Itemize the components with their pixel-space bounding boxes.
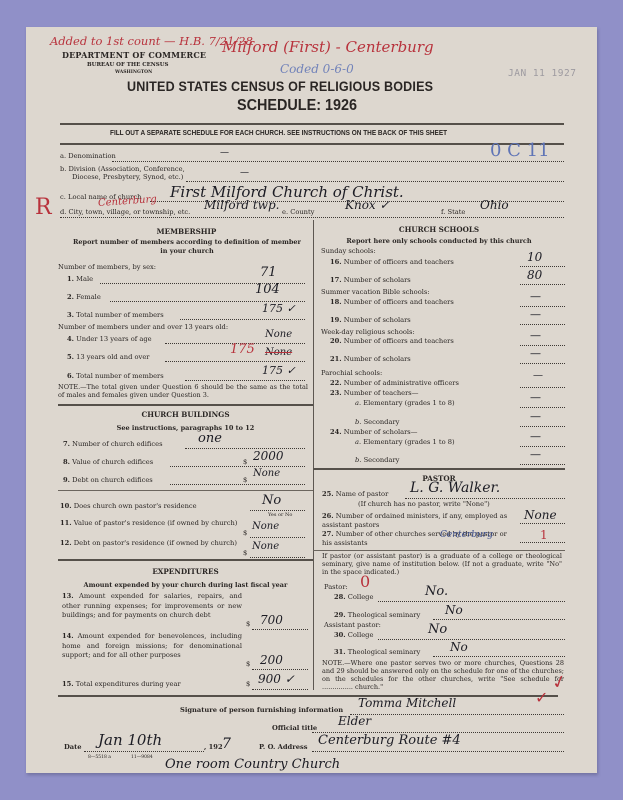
q9-dollar: $ [243, 476, 247, 484]
buildings-rule [58, 559, 313, 561]
schools-rule [313, 468, 565, 470]
q1-label: 1. Male [67, 275, 93, 283]
q26-line [520, 523, 565, 524]
q10-value: No [262, 493, 281, 508]
date-value: Jan 10th [98, 731, 162, 749]
q28-value: No. [425, 584, 448, 599]
expenditures-rule [58, 695, 558, 697]
q6-value: 175 ✓ [262, 364, 296, 377]
schools-heading: CHURCH SCHOOLS [313, 225, 565, 234]
year-suffix: 7 [222, 736, 231, 752]
q13-line [252, 629, 308, 630]
q5-label: 5. 13 years old and over [67, 353, 149, 361]
q25-label: 25. Name of pastor [322, 490, 388, 498]
po-address-value: Centerburg Route #4 [318, 733, 461, 748]
q4-value: None [265, 329, 292, 340]
state-label: f. State [441, 208, 465, 216]
q21-line [520, 363, 565, 364]
denomination-line [112, 161, 564, 162]
q21-value: — [530, 347, 541, 360]
q8-label: 8. Value of church edifices [63, 458, 153, 466]
q3-label: 3. Total number of members [67, 311, 164, 319]
q18-label: 18. Number of officers and teachers [330, 298, 454, 306]
received-date-stamp: JAN 11 1927 [508, 68, 576, 79]
bureau-name: BUREAU OF THE CENSUS [87, 62, 169, 68]
q24b-line [520, 464, 565, 465]
q15-label: 15. Total expenditures during year [62, 680, 181, 688]
q13-value: 700 [260, 613, 283, 627]
q5-correction: 175 [230, 342, 255, 357]
city-name: WASHINGTON [115, 70, 152, 75]
q24a-value: — [530, 430, 541, 443]
pastor-note: NOTE.—Where one pastor serves two or mor… [322, 659, 564, 691]
q19-value: — [530, 308, 541, 321]
q17-value: 80 [527, 268, 542, 282]
q28-label: 28. College [334, 593, 373, 601]
footer-note: One room Country Church [165, 757, 340, 772]
q12-dollar: $ [243, 549, 247, 557]
q25-line [405, 498, 565, 499]
q13-dollar: $ [246, 620, 250, 628]
q29-value: No [445, 603, 463, 617]
division-value: — [240, 168, 249, 178]
q27-line [520, 542, 565, 543]
denomination-code: 0 C 11 [490, 140, 550, 161]
city-line [60, 217, 564, 218]
q27-annotation: Centerburg [440, 530, 493, 540]
q8-dollar: $ [243, 458, 247, 466]
q23a-label: a. Elementary (grades 1 to 8) [355, 399, 455, 407]
q8-line [170, 466, 305, 467]
sunday-schools-label: Sunday schools: [321, 247, 376, 255]
buildings-heading: CHURCH BUILDINGS [58, 410, 313, 419]
q29-label: 29. Theological seminary [334, 611, 420, 619]
q23a-value: — [530, 391, 541, 404]
q11-line [250, 537, 305, 538]
year-prefix: , 192 [204, 743, 223, 751]
date-label: Date [64, 743, 81, 751]
header-rule-bottom [60, 143, 564, 145]
q9-value: None [253, 468, 280, 479]
instructions-banner: FILL OUT A SEPARATE SCHEDULE FOR EACH CH… [110, 128, 447, 137]
expenditures-heading: EXPENDITURES [58, 567, 313, 576]
graduate-instructions: If pastor (or assistant pastor) is a gra… [322, 552, 562, 576]
q27-value: 1 [540, 528, 548, 542]
q15-line [252, 689, 308, 690]
q24a-label: a. Elementary (grades 1 to 8) [355, 438, 455, 446]
q17-line [520, 284, 565, 285]
q8-value: 2000 [253, 449, 284, 463]
church-location-title-note: Milford (First) - Centerburg [222, 38, 434, 56]
date-line [84, 751, 204, 752]
q26-value: None [524, 508, 557, 522]
q10-hint: Yes or No [268, 512, 292, 518]
weekday-schools-label: Week-day religious schools: [321, 328, 415, 336]
q30-line [378, 639, 565, 640]
q4-label: 4. Under 13 years of age [67, 335, 152, 343]
q9-label: 9. Debt on church edifices [63, 476, 153, 484]
q2-value: 104 [255, 282, 280, 297]
q20-value: — [530, 329, 541, 342]
q10-line [250, 510, 305, 511]
q14-line [252, 669, 308, 670]
q2-label: 2. Female [67, 293, 101, 301]
denomination-label: a. Denomination [60, 152, 116, 160]
expenditures-subheading: Amount expended by your church during la… [58, 581, 313, 590]
document-title: UNITED STATES CENSUS OF RELIGIOUS BODIES [127, 79, 433, 94]
q24-label: 24. Number of scholars— [330, 428, 417, 436]
county-value: Knox ✓ [345, 198, 390, 212]
q22-line [520, 387, 565, 388]
q17-label: 17. Number of scholars [330, 276, 411, 284]
schedule-title: SCHEDULE: 1926 [237, 97, 357, 115]
q16-label: 16. Number of officers and teachers [330, 258, 454, 266]
q20-line [520, 345, 565, 346]
membership-note: NOTE.—The total given under Question 6 s… [58, 383, 308, 399]
q12-value: None [252, 541, 279, 552]
q14-dollar: $ [246, 660, 250, 668]
q25-value: L. G. Walker. [410, 480, 500, 496]
signature-checkmark: ✓ [535, 688, 548, 707]
q10-label: 10. Does church own pastor's residence [60, 502, 197, 510]
q23-label: 23. Number of teachers— [330, 389, 418, 397]
q6-label: 6. Total number of members [67, 372, 164, 380]
q23b-value: — [530, 410, 541, 423]
membership-subheading: Report number of members according to de… [72, 238, 302, 256]
q15-value: 900 ✓ [258, 672, 295, 686]
official-title-value: Elder [338, 714, 371, 728]
q28-line [378, 601, 565, 602]
q12-label: 12. Debt on pastor's residence (if owned… [60, 539, 240, 548]
q16-value: 10 [527, 250, 542, 264]
denomination-value: — [220, 148, 229, 158]
membership-rule [58, 404, 313, 406]
q3-value: 175 ✓ [262, 302, 296, 315]
q22-value: — [533, 370, 543, 381]
summer-schools-label: Summer vacation Bible schools: [321, 288, 430, 296]
by-age-label: Number of members under and over 13 year… [58, 323, 228, 331]
q31-line [433, 656, 565, 657]
q15-dollar: $ [246, 680, 250, 688]
q3-line [180, 319, 305, 320]
assistant-pastor-label: Assistant pastor: [324, 621, 381, 629]
buildings-divider [58, 490, 313, 491]
division-label-1: b. Division (Association, Conference, [60, 165, 185, 173]
margin-mark: R [35, 195, 52, 220]
q7-label: 7. Number of church edifices [63, 440, 163, 448]
q18-line [520, 306, 565, 307]
q26-label: 26. Number of ordained ministers, if any… [322, 512, 512, 530]
city-value: Milford twp. [204, 198, 279, 212]
q23b-line [520, 426, 565, 427]
header-rule-top [60, 123, 564, 125]
q24a-line [520, 446, 565, 447]
q19-line [520, 324, 565, 325]
form-code-1: 8—5518 a [88, 755, 111, 760]
q22-label: 22. Number of administrative officers [330, 379, 459, 387]
q6-line [185, 380, 305, 381]
q19-label: 19. Number of scholars [330, 316, 411, 324]
coded-note: Coded 0-6-0 [280, 62, 354, 76]
parochial-schools-label: Parochial schools: [321, 369, 382, 377]
signature-line [350, 714, 564, 715]
q21-label: 21. Number of scholars [330, 355, 411, 363]
q16-line [520, 266, 565, 267]
official-title-label: Official title [272, 724, 317, 732]
q25-hint: (If church has no pastor, write "None") [358, 500, 490, 508]
q29-line [433, 619, 565, 620]
q31-value: No [450, 640, 468, 654]
form-code-2: 11—9084 [131, 755, 153, 760]
q18-value: — [530, 290, 541, 303]
pastor-divider [313, 550, 565, 551]
q7-value: one [198, 431, 222, 446]
q7-line [185, 448, 305, 449]
state-value: Ohio [480, 198, 509, 212]
q11-dollar: $ [243, 529, 247, 537]
q31-label: 31. Theological seminary [334, 648, 420, 656]
membership-heading: MEMBERSHIP [60, 227, 313, 236]
q14-value: 200 [260, 653, 283, 667]
q30-value: No [428, 622, 447, 637]
pastor-label: Pastor: [324, 583, 348, 591]
q23b-label: b. Secondary [355, 418, 399, 426]
by-sex-label: Number of members, by sex: [58, 263, 156, 271]
po-address-label: P. O. Address [259, 743, 308, 751]
q24b-label: b. Secondary [355, 456, 399, 464]
city-label: d. City, town, village, or township, etc… [60, 208, 190, 216]
schools-subheading: Report here only schools conducted by th… [313, 237, 565, 246]
signature-value: Tomma Mitchell [358, 696, 456, 710]
q24b-value: — [530, 448, 541, 461]
q13-label: 13. Amount expended for salaries, repair… [62, 592, 242, 621]
q20-label: 20. Number of officers and teachers [330, 337, 454, 345]
county-label: e. County [282, 208, 314, 216]
department-name: DEPARTMENT OF COMMERCE [62, 50, 206, 60]
po-address-line [312, 751, 564, 752]
buildings-subheading: See instructions, paragraphs 10 to 12 [58, 424, 313, 433]
q14-label: 14. Amount expended for benevolences, in… [62, 632, 242, 661]
division-label-2: Diocese, Presbytery, Synod, etc.) [72, 173, 183, 181]
q5-line [165, 361, 305, 362]
q11-label: 11. Value of pastor's residence (if owne… [60, 519, 240, 528]
q1-value: 71 [260, 265, 277, 280]
q11-value: None [252, 521, 279, 532]
q12-line [250, 557, 305, 558]
q5-value: None [265, 347, 292, 358]
pastor-circle-mark: 0 [360, 572, 370, 591]
q23a-line [520, 407, 565, 408]
column-divider [313, 220, 314, 690]
q30-label: 30. College [334, 631, 373, 639]
division-line [186, 181, 564, 182]
signature-label: Signature of person furnishing informati… [180, 706, 343, 714]
q9-line [170, 484, 305, 485]
